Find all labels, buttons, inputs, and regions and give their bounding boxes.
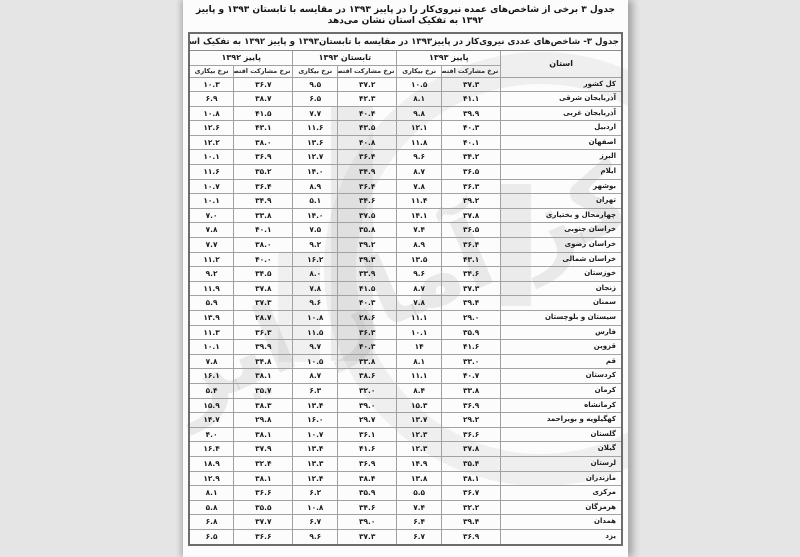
province-cell: تهران: [501, 194, 622, 209]
value-cell: ۳۶.۹: [441, 398, 500, 413]
value-cell: ۱۱.۶: [189, 165, 234, 180]
value-cell: ۳۴.۶: [441, 267, 500, 282]
value-cell: ۶.۸: [189, 515, 234, 530]
page-background: مرکز آمار ایران جدول ۳ برخی از شاخص‌های …: [0, 0, 800, 557]
value-cell: ۳۴.۵: [234, 267, 293, 282]
value-cell: ۱۳.۴: [293, 442, 338, 457]
table-row: کل کشور۳۷.۳۱۰.۵۳۷.۲۹.۵۳۶.۷۱۰.۳: [189, 77, 622, 92]
value-cell: ۳۴.۸: [234, 354, 293, 369]
value-cell: ۳۴.۲: [441, 150, 500, 165]
value-cell: ۱۲.۱: [397, 121, 442, 136]
value-cell: ۱۶.۲: [293, 252, 338, 267]
province-cell: زنجان: [501, 281, 622, 296]
value-cell: ۳۶.۴: [441, 238, 500, 253]
value-cell: ۴۰.۸: [338, 135, 397, 150]
value-cell: ۱۲.۳: [397, 427, 442, 442]
value-cell: ۱۸.۹: [189, 456, 234, 471]
value-cell: ۸.۷: [397, 281, 442, 296]
value-cell: ۱۲.۳: [397, 442, 442, 457]
table-row: کهگیلویه و بویراحمد۲۹.۲۱۳.۷۲۹.۷۱۶.۰۲۹.۸۱…: [189, 413, 622, 428]
value-cell: ۱۲.۶: [189, 121, 234, 136]
province-cell: کل کشور: [501, 77, 622, 92]
value-cell: ۴.۰: [189, 427, 234, 442]
value-cell: ۳۷.۸: [441, 442, 500, 457]
province-cell: اصفهان: [501, 135, 622, 150]
value-cell: ۴۰.۷: [441, 369, 500, 384]
value-cell: ۴۳.۵: [338, 121, 397, 136]
value-cell: ۸.۷: [397, 165, 442, 180]
value-cell: ۱۲.۹: [189, 471, 234, 486]
table-container: جدول ۳- شاخص‌های عددی نیروی‌کار در پاییز…: [188, 32, 623, 546]
value-cell: ۳۷.۸: [441, 208, 500, 223]
value-cell: ۳۶.۵: [441, 165, 500, 180]
value-cell: ۳۵.۹: [338, 486, 397, 501]
table-row: بوشهر۳۶.۳۷.۸۳۶.۴۸.۹۳۶.۴۱۰.۷: [189, 179, 622, 194]
province-cell: کرمان: [501, 383, 622, 398]
value-cell: ۳۳.۰: [441, 354, 500, 369]
value-cell: ۴۰.۴: [338, 106, 397, 121]
value-cell: ۹.۶: [397, 267, 442, 282]
value-cell: ۲۹.۷: [338, 413, 397, 428]
value-cell: ۳۹.۴: [441, 515, 500, 530]
value-cell: ۳۲.۴: [234, 456, 293, 471]
value-cell: ۹.۷: [293, 340, 338, 355]
value-cell: ۶.۵: [293, 92, 338, 107]
value-cell: ۳۶.۳: [441, 179, 500, 194]
value-cell: ۵.۸: [189, 500, 234, 515]
value-cell: ۸.۱: [189, 486, 234, 501]
value-cell: ۳۶.۵: [441, 223, 500, 238]
value-cell: ۸.۰: [293, 267, 338, 282]
value-cell: ۳۹.۲: [338, 238, 397, 253]
value-cell: ۳۸.۱: [234, 427, 293, 442]
table-row: خوزستان۳۴.۶۹.۶۳۳.۹۸.۰۳۴.۵۹.۲: [189, 267, 622, 282]
value-cell: ۴۰.۰: [234, 252, 293, 267]
value-cell: ۲۹.۸: [234, 413, 293, 428]
province-cell: خراسان رضوی: [501, 238, 622, 253]
value-cell: ۵.۴: [189, 383, 234, 398]
value-cell: ۹.۶: [293, 296, 338, 311]
value-cell: ۶.۷: [397, 529, 442, 544]
table-row: سمنان۳۹.۴۷.۸۴۰.۳۹.۶۳۷.۳۵.۹: [189, 296, 622, 311]
subheader-participation-fall-1392: نرخ مشارکت اقتصادی: [234, 65, 293, 77]
province-cell: سیستان و بلوچستان: [501, 311, 622, 326]
value-cell: ۹.۶: [293, 529, 338, 544]
table-row: همدان۳۹.۴۶.۴۳۹.۰۶.۷۳۷.۷۶.۸: [189, 515, 622, 530]
value-cell: ۳۵.۸: [338, 223, 397, 238]
value-cell: ۱۱.۱: [397, 311, 442, 326]
table-row: تهران۳۹.۲۱۱.۴۳۴.۶۵.۱۳۴.۹۱۰.۱: [189, 194, 622, 209]
province-cell: خراسان شمالی: [501, 252, 622, 267]
value-cell: ۳۴.۹: [234, 194, 293, 209]
value-cell: ۱۰.۱: [189, 194, 234, 209]
value-cell: ۳۸.۱: [234, 471, 293, 486]
value-cell: ۱۴: [397, 340, 442, 355]
value-cell: ۱۳.۷: [397, 413, 442, 428]
value-cell: ۳۸.۰: [234, 135, 293, 150]
column-group-summer-1393: تابستان ۱۳۹۳: [293, 50, 397, 65]
column-group-fall-1393: پاییز ۱۳۹۳: [397, 50, 501, 65]
value-cell: ۱۶.۰: [293, 413, 338, 428]
value-cell: ۱۴.۱: [397, 208, 442, 223]
value-cell: ۷.۴: [397, 500, 442, 515]
subheader-participation-fall-1393: نرخ مشارکت اقتصادی: [441, 65, 500, 77]
table-row: البرز۳۴.۲۹.۶۳۶.۴۱۲.۷۳۶.۹۱۰.۱: [189, 150, 622, 165]
value-cell: ۱۰.۵: [293, 354, 338, 369]
province-cell: کرمانشاه: [501, 398, 622, 413]
value-cell: ۳۶.۳: [338, 325, 397, 340]
value-cell: ۳۶.۷: [234, 77, 293, 92]
document-sheet: مرکز آمار ایران جدول ۳ برخی از شاخص‌های …: [183, 0, 628, 557]
value-cell: ۱۱.۶: [293, 121, 338, 136]
value-cell: ۳۶.۹: [441, 529, 500, 544]
value-cell: ۳۹.۰: [338, 398, 397, 413]
table-row: فارس۳۵.۹۱۰.۱۳۶.۳۱۱.۵۳۶.۳۱۱.۳: [189, 325, 622, 340]
table-row: خراسان شمالی۴۳.۱۱۳.۵۳۹.۳۱۶.۲۴۰.۰۱۱.۲: [189, 252, 622, 267]
value-cell: ۳۹.۰: [338, 515, 397, 530]
value-cell: ۲۹.۲: [441, 413, 500, 428]
value-cell: ۴۳.۱: [234, 121, 293, 136]
document-title: جدول ۳ برخی از شاخص‌های عمده نیروی‌کار ر…: [183, 0, 628, 32]
value-cell: ۱۱.۲: [189, 252, 234, 267]
value-cell: ۳۶.۳: [234, 325, 293, 340]
value-cell: ۷.۸: [397, 296, 442, 311]
province-cell: قم: [501, 354, 622, 369]
value-cell: ۱۶.۴: [189, 442, 234, 457]
value-cell: ۱۰.۵: [397, 77, 442, 92]
value-cell: ۱۴.۹: [397, 456, 442, 471]
value-cell: ۴۰.۱: [441, 135, 500, 150]
value-cell: ۹.۸: [397, 106, 442, 121]
value-cell: ۴۳.۱: [441, 252, 500, 267]
table-row: قم۳۳.۰۸.۱۳۳.۸۱۰.۵۳۴.۸۷.۸: [189, 354, 622, 369]
value-cell: ۱۵.۳: [397, 398, 442, 413]
value-cell: ۱۲.۲: [189, 135, 234, 150]
value-cell: ۱۰.۸: [293, 500, 338, 515]
table-row: کرمانشاه۳۶.۹۱۵.۳۳۹.۰۱۳.۴۳۸.۳۱۵.۹: [189, 398, 622, 413]
table-caption: جدول ۳- شاخص‌های عددی نیروی‌کار در پاییز…: [189, 33, 622, 51]
column-group-fall-1392: پاییز ۱۳۹۲: [189, 50, 293, 65]
value-cell: ۲۹.۰: [441, 311, 500, 326]
value-cell: ۳۶.۹: [234, 150, 293, 165]
value-cell: ۳۸.۷: [234, 92, 293, 107]
value-cell: ۱۰.۱: [189, 340, 234, 355]
value-cell: ۳۳.۸: [338, 354, 397, 369]
value-cell: ۸.۹: [293, 179, 338, 194]
value-cell: ۳۶.۱: [338, 427, 397, 442]
value-cell: ۱۱.۸: [397, 135, 442, 150]
province-cell: خوزستان: [501, 267, 622, 282]
value-cell: ۳۶.۴: [338, 179, 397, 194]
table-row: خراسان رضوی۳۶.۴۸.۹۳۹.۲۹.۲۳۸.۰۷.۷: [189, 238, 622, 253]
value-cell: ۴۰.۱: [234, 223, 293, 238]
value-cell: ۳۶.۷: [441, 486, 500, 501]
value-cell: ۴۱.۱: [441, 92, 500, 107]
table-row: آذربایجان غربی۳۹.۹۹.۸۴۰.۴۷.۷۴۱.۵۱۰.۸: [189, 106, 622, 121]
value-cell: ۳۶.۶: [234, 486, 293, 501]
province-cell: کردستان: [501, 369, 622, 384]
column-header-province: استان: [501, 50, 622, 77]
value-cell: ۳۷.۵: [338, 208, 397, 223]
value-cell: ۳۴.۶: [338, 194, 397, 209]
value-cell: ۱۶.۱: [189, 369, 234, 384]
value-cell: ۱۴.۰: [293, 165, 338, 180]
province-cell: چهارمحال و بختیاری: [501, 208, 622, 223]
table-row: مرکزی۳۶.۷۵.۵۳۵.۹۶.۲۳۶.۶۸.۱: [189, 486, 622, 501]
province-cell: هرمزگان: [501, 500, 622, 515]
table-row: چهارمحال و بختیاری۳۷.۸۱۴.۱۳۷.۵۱۴.۰۳۳.۸۷.…: [189, 208, 622, 223]
table-caption-row: جدول ۳- شاخص‌های عددی نیروی‌کار در پاییز…: [189, 33, 622, 51]
value-cell: ۳۶.۴: [338, 150, 397, 165]
value-cell: ۳۹.۳: [338, 252, 397, 267]
table-body: کل کشور۳۷.۳۱۰.۵۳۷.۲۹.۵۳۶.۷۱۰.۳آذربایجان …: [189, 77, 622, 545]
province-cell: قزوین: [501, 340, 622, 355]
value-cell: ۱۳.۶: [293, 135, 338, 150]
value-cell: ۴۰.۳: [441, 121, 500, 136]
subheader-unemployment-fall-1392: نرخ بیکاری: [189, 65, 234, 77]
value-cell: ۳۵.۵: [234, 500, 293, 515]
subheader-unemployment-fall-1393: نرخ بیکاری: [397, 65, 442, 77]
value-cell: ۷.۷: [189, 238, 234, 253]
table-row: اردبیل۴۰.۳۱۲.۱۴۳.۵۱۱.۶۴۳.۱۱۲.۶: [189, 121, 622, 136]
value-cell: ۳۳.۹: [338, 267, 397, 282]
value-cell: ۳۹.۴: [441, 296, 500, 311]
value-cell: ۴۱.۶: [338, 442, 397, 457]
table-row: قزوین۴۱.۶۱۴۴۰.۳۹.۷۳۹.۹۱۰.۱: [189, 340, 622, 355]
value-cell: ۸.۴: [397, 383, 442, 398]
value-cell: ۶.۹: [189, 92, 234, 107]
value-cell: ۳۷.۳: [441, 281, 500, 296]
province-cell: لرستان: [501, 456, 622, 471]
province-cell: گلستان: [501, 427, 622, 442]
value-cell: ۱۲.۷: [293, 150, 338, 165]
value-cell: ۱۳.۳: [293, 456, 338, 471]
value-cell: ۳۳.۸: [234, 208, 293, 223]
value-cell: ۶.۳: [293, 383, 338, 398]
value-cell: ۸.۱: [397, 92, 442, 107]
table-row: خراسان جنوبی۳۶.۵۷.۴۳۵.۸۷.۵۴۰.۱۷.۸: [189, 223, 622, 238]
value-cell: ۱۳.۴: [293, 398, 338, 413]
value-cell: ۳۷.۷: [234, 515, 293, 530]
labor-force-statistics-table: جدول ۳- شاخص‌های عددی نیروی‌کار در پاییز…: [188, 32, 623, 546]
value-cell: ۵.۹: [189, 296, 234, 311]
province-cell: مرکزی: [501, 486, 622, 501]
value-cell: ۶.۴: [397, 515, 442, 530]
value-cell: ۴۱.۵: [234, 106, 293, 121]
table-row: مازندران۳۸.۱۱۳.۸۳۸.۴۱۲.۴۳۸.۱۱۲.۹: [189, 471, 622, 486]
value-cell: ۷.۸: [189, 223, 234, 238]
value-cell: ۳۷.۳: [441, 77, 500, 92]
value-cell: ۳۷.۳: [338, 529, 397, 544]
value-cell: ۱۰.۸: [293, 311, 338, 326]
value-cell: ۳۵.۷: [234, 383, 293, 398]
value-cell: ۹.۵: [293, 77, 338, 92]
province-cell: خراسان جنوبی: [501, 223, 622, 238]
value-cell: ۳۹.۹: [441, 106, 500, 121]
value-cell: ۶.۵: [189, 529, 234, 544]
table-row: یزد۳۶.۹۶.۷۳۷.۳۹.۶۳۶.۶۶.۵: [189, 529, 622, 544]
value-cell: ۴۱.۵: [338, 281, 397, 296]
province-cell: البرز: [501, 150, 622, 165]
value-cell: ۹.۲: [189, 267, 234, 282]
value-cell: ۳۲.۰: [338, 383, 397, 398]
value-cell: ۱۳.۹: [189, 311, 234, 326]
province-cell: مازندران: [501, 471, 622, 486]
value-cell: ۱۵.۹: [189, 398, 234, 413]
table-row: سیستان و بلوچستان۲۹.۰۱۱.۱۲۸.۶۱۰.۸۲۸.۷۱۳.…: [189, 311, 622, 326]
value-cell: ۷.۴: [397, 223, 442, 238]
value-cell: ۱۰.۸: [189, 106, 234, 121]
subheader-unemployment-summer-1393: نرخ بیکاری: [293, 65, 338, 77]
value-cell: ۷.۵: [293, 223, 338, 238]
value-cell: ۴۰.۳: [338, 296, 397, 311]
value-cell: ۳۴.۶: [338, 500, 397, 515]
value-cell: ۳۳.۸: [441, 383, 500, 398]
value-cell: ۳۹.۹: [234, 340, 293, 355]
value-cell: ۱۰.۳: [189, 77, 234, 92]
value-cell: ۳۵.۲: [234, 165, 293, 180]
province-cell: فارس: [501, 325, 622, 340]
value-cell: ۳۷.۳: [234, 296, 293, 311]
table-row: هرمزگان۳۲.۲۷.۴۳۴.۶۱۰.۸۳۵.۵۵.۸: [189, 500, 622, 515]
value-cell: ۳۵.۹: [441, 325, 500, 340]
value-cell: ۱۳.۵: [397, 252, 442, 267]
value-cell: ۳۶.۶: [234, 529, 293, 544]
value-cell: ۳۸.۳: [234, 398, 293, 413]
value-cell: ۳۷.۹: [234, 442, 293, 457]
table-row: کرمان۳۳.۸۸.۴۳۲.۰۶.۳۳۵.۷۵.۴: [189, 383, 622, 398]
table-row: گلستان۳۶.۶۱۲.۳۳۶.۱۱۰.۷۳۸.۱۴.۰: [189, 427, 622, 442]
value-cell: ۱۴.۰: [293, 208, 338, 223]
table-row: لرستان۳۵.۴۱۴.۹۳۶.۹۱۳.۳۳۲.۴۱۸.۹: [189, 456, 622, 471]
value-cell: ۳۸.۱: [441, 471, 500, 486]
table-row: آذربایجان شرقی۴۱.۱۸.۱۴۲.۳۶.۵۳۸.۷۶.۹: [189, 92, 622, 107]
value-cell: ۱۰.۱: [397, 325, 442, 340]
value-cell: ۱۰.۷: [293, 427, 338, 442]
table-group-header-row: استان پاییز ۱۳۹۳ تابستان ۱۳۹۳ پاییز ۱۳۹۲: [189, 50, 622, 65]
value-cell: ۳۸.۱: [234, 369, 293, 384]
value-cell: ۳۷.۸: [234, 281, 293, 296]
value-cell: ۱۴.۷: [189, 413, 234, 428]
value-cell: ۷.۷: [293, 106, 338, 121]
table-row: کردستان۴۰.۷۱۱.۱۳۸.۶۸.۷۳۸.۱۱۶.۱: [189, 369, 622, 384]
table-row: گیلان۳۷.۸۱۲.۳۴۱.۶۱۳.۴۳۷.۹۱۶.۴: [189, 442, 622, 457]
table-row: ایلام۳۶.۵۸.۷۳۴.۹۱۴.۰۳۵.۲۱۱.۶: [189, 165, 622, 180]
value-cell: ۳۶.۴: [234, 179, 293, 194]
value-cell: ۹.۶: [397, 150, 442, 165]
value-cell: ۳۸.۴: [338, 471, 397, 486]
value-cell: ۳۸.۰: [234, 238, 293, 253]
province-cell: سمنان: [501, 296, 622, 311]
table-row: زنجان۳۷.۳۸.۷۴۱.۵۷.۸۳۷.۸۱۱.۹: [189, 281, 622, 296]
table-row: اصفهان۴۰.۱۱۱.۸۴۰.۸۱۳.۶۳۸.۰۱۲.۲: [189, 135, 622, 150]
value-cell: ۵.۵: [397, 486, 442, 501]
value-cell: ۳۴.۹: [338, 165, 397, 180]
value-cell: ۴۱.۶: [441, 340, 500, 355]
province-cell: همدان: [501, 515, 622, 530]
value-cell: ۳۹.۲: [441, 194, 500, 209]
value-cell: ۱۱.۹: [189, 281, 234, 296]
province-cell: یزد: [501, 529, 622, 544]
value-cell: ۳۸.۶: [338, 369, 397, 384]
value-cell: ۱۱.۳: [189, 325, 234, 340]
value-cell: ۸.۱: [397, 354, 442, 369]
province-cell: آذربایجان شرقی: [501, 92, 622, 107]
value-cell: ۹.۲: [293, 238, 338, 253]
province-cell: کهگیلویه و بویراحمد: [501, 413, 622, 428]
value-cell: ۳۵.۴: [441, 456, 500, 471]
value-cell: ۱۰.۱: [189, 150, 234, 165]
value-cell: ۲۸.۷: [234, 311, 293, 326]
value-cell: ۷.۸: [189, 354, 234, 369]
value-cell: ۳۶.۹: [338, 456, 397, 471]
province-cell: گیلان: [501, 442, 622, 457]
value-cell: ۳۶.۶: [441, 427, 500, 442]
value-cell: ۴۰.۳: [338, 340, 397, 355]
province-cell: آذربایجان غربی: [501, 106, 622, 121]
province-cell: ایلام: [501, 165, 622, 180]
value-cell: ۱۱.۴: [397, 194, 442, 209]
value-cell: ۱۱.۱: [397, 369, 442, 384]
value-cell: ۸.۹: [397, 238, 442, 253]
subheader-participation-summer-1393: نرخ مشارکت اقتصادی: [338, 65, 397, 77]
value-cell: ۴۲.۳: [338, 92, 397, 107]
value-cell: ۱۲.۴: [293, 471, 338, 486]
value-cell: ۱۱.۵: [293, 325, 338, 340]
value-cell: ۵.۱: [293, 194, 338, 209]
province-cell: بوشهر: [501, 179, 622, 194]
value-cell: ۱۰.۷: [189, 179, 234, 194]
value-cell: ۱۳.۸: [397, 471, 442, 486]
value-cell: ۲۸.۶: [338, 311, 397, 326]
value-cell: ۶.۷: [293, 515, 338, 530]
value-cell: ۳۷.۲: [338, 77, 397, 92]
province-cell: اردبیل: [501, 121, 622, 136]
value-cell: ۳۲.۲: [441, 500, 500, 515]
value-cell: ۷.۸: [397, 179, 442, 194]
value-cell: ۸.۷: [293, 369, 338, 384]
value-cell: ۷.۰: [189, 208, 234, 223]
value-cell: ۶.۲: [293, 486, 338, 501]
value-cell: ۷.۸: [293, 281, 338, 296]
